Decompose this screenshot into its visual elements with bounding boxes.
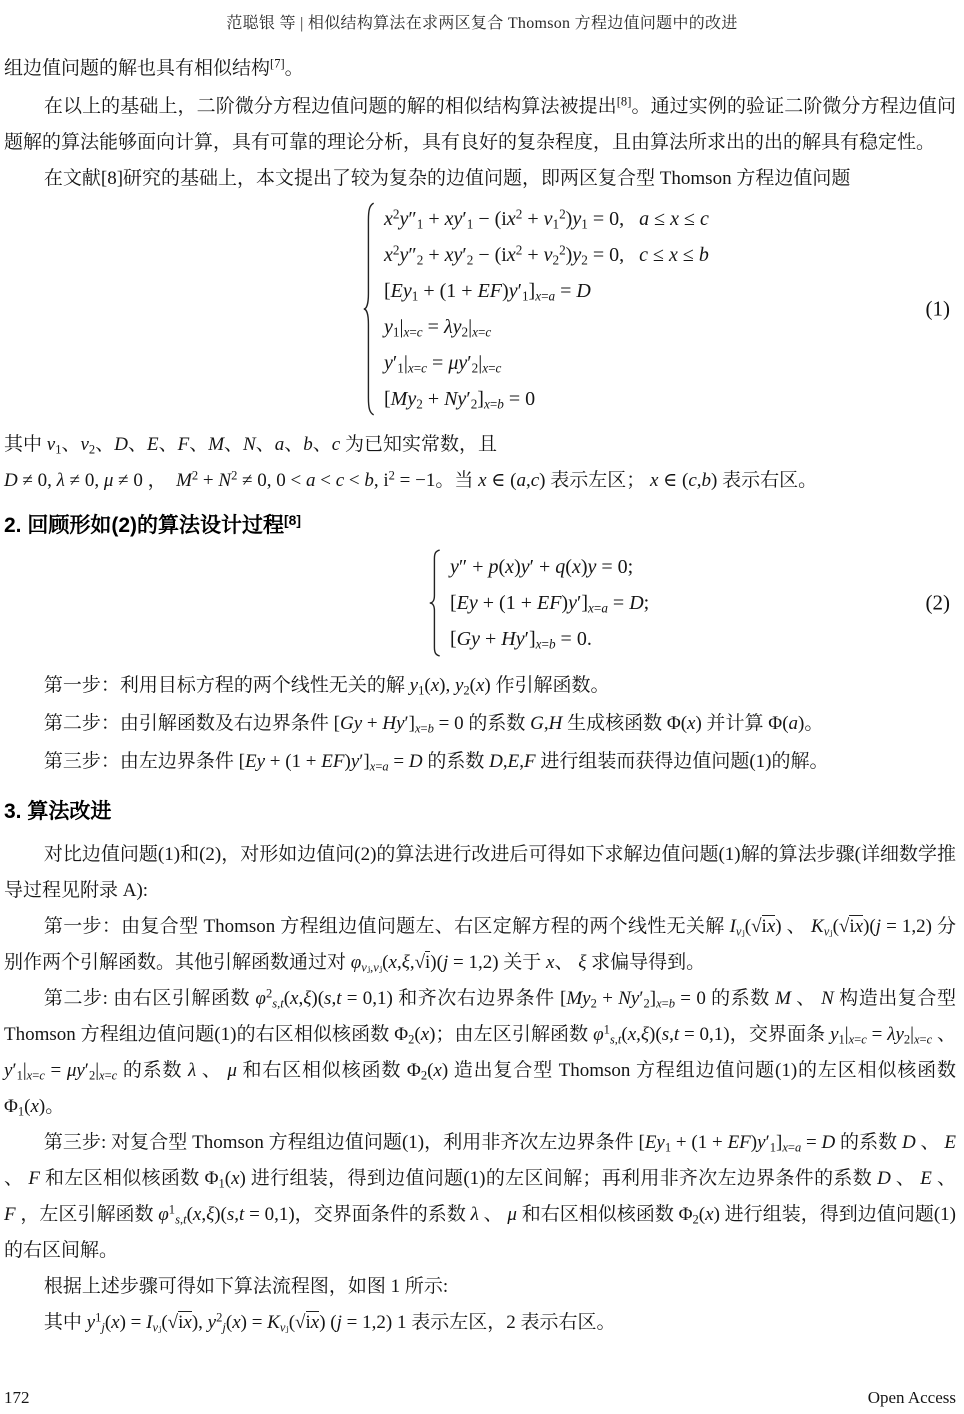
- equation-1: x2y″1 + xy′1 − (ix2 + v12)y1 = 0, a ≤ x …: [0, 201, 964, 417]
- paragraph-intro: 组边值问题的解也具有相似结构[7]。: [4, 51, 956, 87]
- curly-brace-icon: [362, 201, 376, 417]
- paragraph-basis: 在以上的基础上，二阶微分方程边值问题的解的相似结构算法被提出[8]。通过实例的验…: [4, 89, 956, 161]
- equation-1-line: [Ey1 + (1 + EF)y′1]x=a = D: [384, 273, 709, 309]
- equation-2-line: [Ey + (1 + EF)y′]x=a = D;: [450, 585, 649, 621]
- equation-2-line: y″ + p(x)y′ + q(x)y = 0;: [450, 549, 649, 585]
- equation-2-lines: y″ + p(x)y′ + q(x)y = 0; [Ey + (1 + EF)y…: [450, 549, 649, 657]
- step-1: 第一步：利用目标方程的两个线性无关的解 y1(x), y2(x) 作引解函数。: [4, 667, 956, 705]
- paragraph-new-step-2: 第二步: 由右区引解函数 φ2s,t(x,ξ)(s,t = 0,1) 和齐次右边…: [4, 981, 956, 1125]
- equation-1-number: (1): [926, 297, 951, 322]
- paper-page: 范聪银 等 | 相似结构算法在求两区复合 Thomson 方程边值问题中的改进 …: [0, 0, 964, 1414]
- equation-1-line: x2y″1 + xy′1 − (ix2 + v12)y1 = 0, a ≤ x …: [384, 201, 709, 237]
- page-number: 172: [4, 1388, 30, 1408]
- paragraph-where-constants: 其中 v1、v2、D、E、F、M、N、a、b、c 为已知实常数，且: [4, 427, 956, 463]
- step-3: 第三步：由左边界条件 [Ey + (1 + EF)y′]x=a = D 的系数 …: [4, 743, 956, 781]
- open-access-label: Open Access: [868, 1388, 956, 1408]
- equation-1-lines: x2y″1 + xy′1 − (ix2 + v12)y1 = 0, a ≤ x …: [384, 201, 709, 417]
- curly-brace-icon: [428, 549, 442, 657]
- paragraph-new-step-3: 第三步: 对复合型 Thomson 方程组边值问题(1)，利用非齐次左边界条件 …: [4, 1125, 956, 1269]
- paragraph-where-conditions: D ≠ 0, λ ≠ 0, μ ≠ 0 ， M2 + N2 ≠ 0, 0 < a…: [4, 463, 956, 499]
- running-head: 范聪银 等 | 相似结构算法在求两区复合 Thomson 方程边值问题中的改进: [0, 0, 964, 33]
- equation-1-line: [My2 + Ny′2]x=b = 0: [384, 381, 709, 417]
- section-2-heading: 2. 回顾形如(2)的算法设计过程[8]: [4, 509, 964, 539]
- section-3-heading: 3. 算法改进: [4, 795, 964, 825]
- equation-2-line: [Gy + Hy′]x=b = 0.: [450, 621, 649, 657]
- equation-1-line: y1|x=c = λy2|x=c: [384, 309, 709, 345]
- step-2: 第二步：由引解函数及右边界条件 [Gy + Hy′]x=b = 0 的系数 G,…: [4, 705, 956, 743]
- paragraph-literature: 在文献[8]研究的基础上，本文提出了较为复杂的边值问题，即两区复合型 Thoms…: [4, 161, 956, 197]
- paragraph-new-step-1: 第一步：由复合型 Thomson 方程组边值问题左、右区定解方程的两个线性无关解…: [4, 909, 956, 981]
- paragraph-flowchart: 根据上述步骤可得如下算法流程图，如图 1 所示:: [4, 1269, 956, 1305]
- equation-1-line: x2y″2 + xy′2 − (ix2 + v22)y2 = 0, c ≤ x …: [384, 237, 709, 273]
- equation-2: y″ + p(x)y′ + q(x)y = 0; [Ey + (1 + EF)y…: [0, 549, 964, 657]
- paragraph-compare: 对比边值问题(1)和(2)，对形如边值问(2)的算法进行改进后可得如下求解边值问…: [4, 837, 956, 909]
- paragraph-where-y: 其中 y1j(x) = Ivⱼ(√ix), y2j(x) = Kvⱼ(√ix) …: [4, 1305, 956, 1341]
- algorithm-steps-section2: 第一步：利用目标方程的两个线性无关的解 y1(x), y2(x) 作引解函数。 …: [0, 667, 964, 781]
- equation-1-line: y′1|x=c = μy′2|x=c: [384, 345, 709, 381]
- equation-2-number: (2): [926, 591, 951, 616]
